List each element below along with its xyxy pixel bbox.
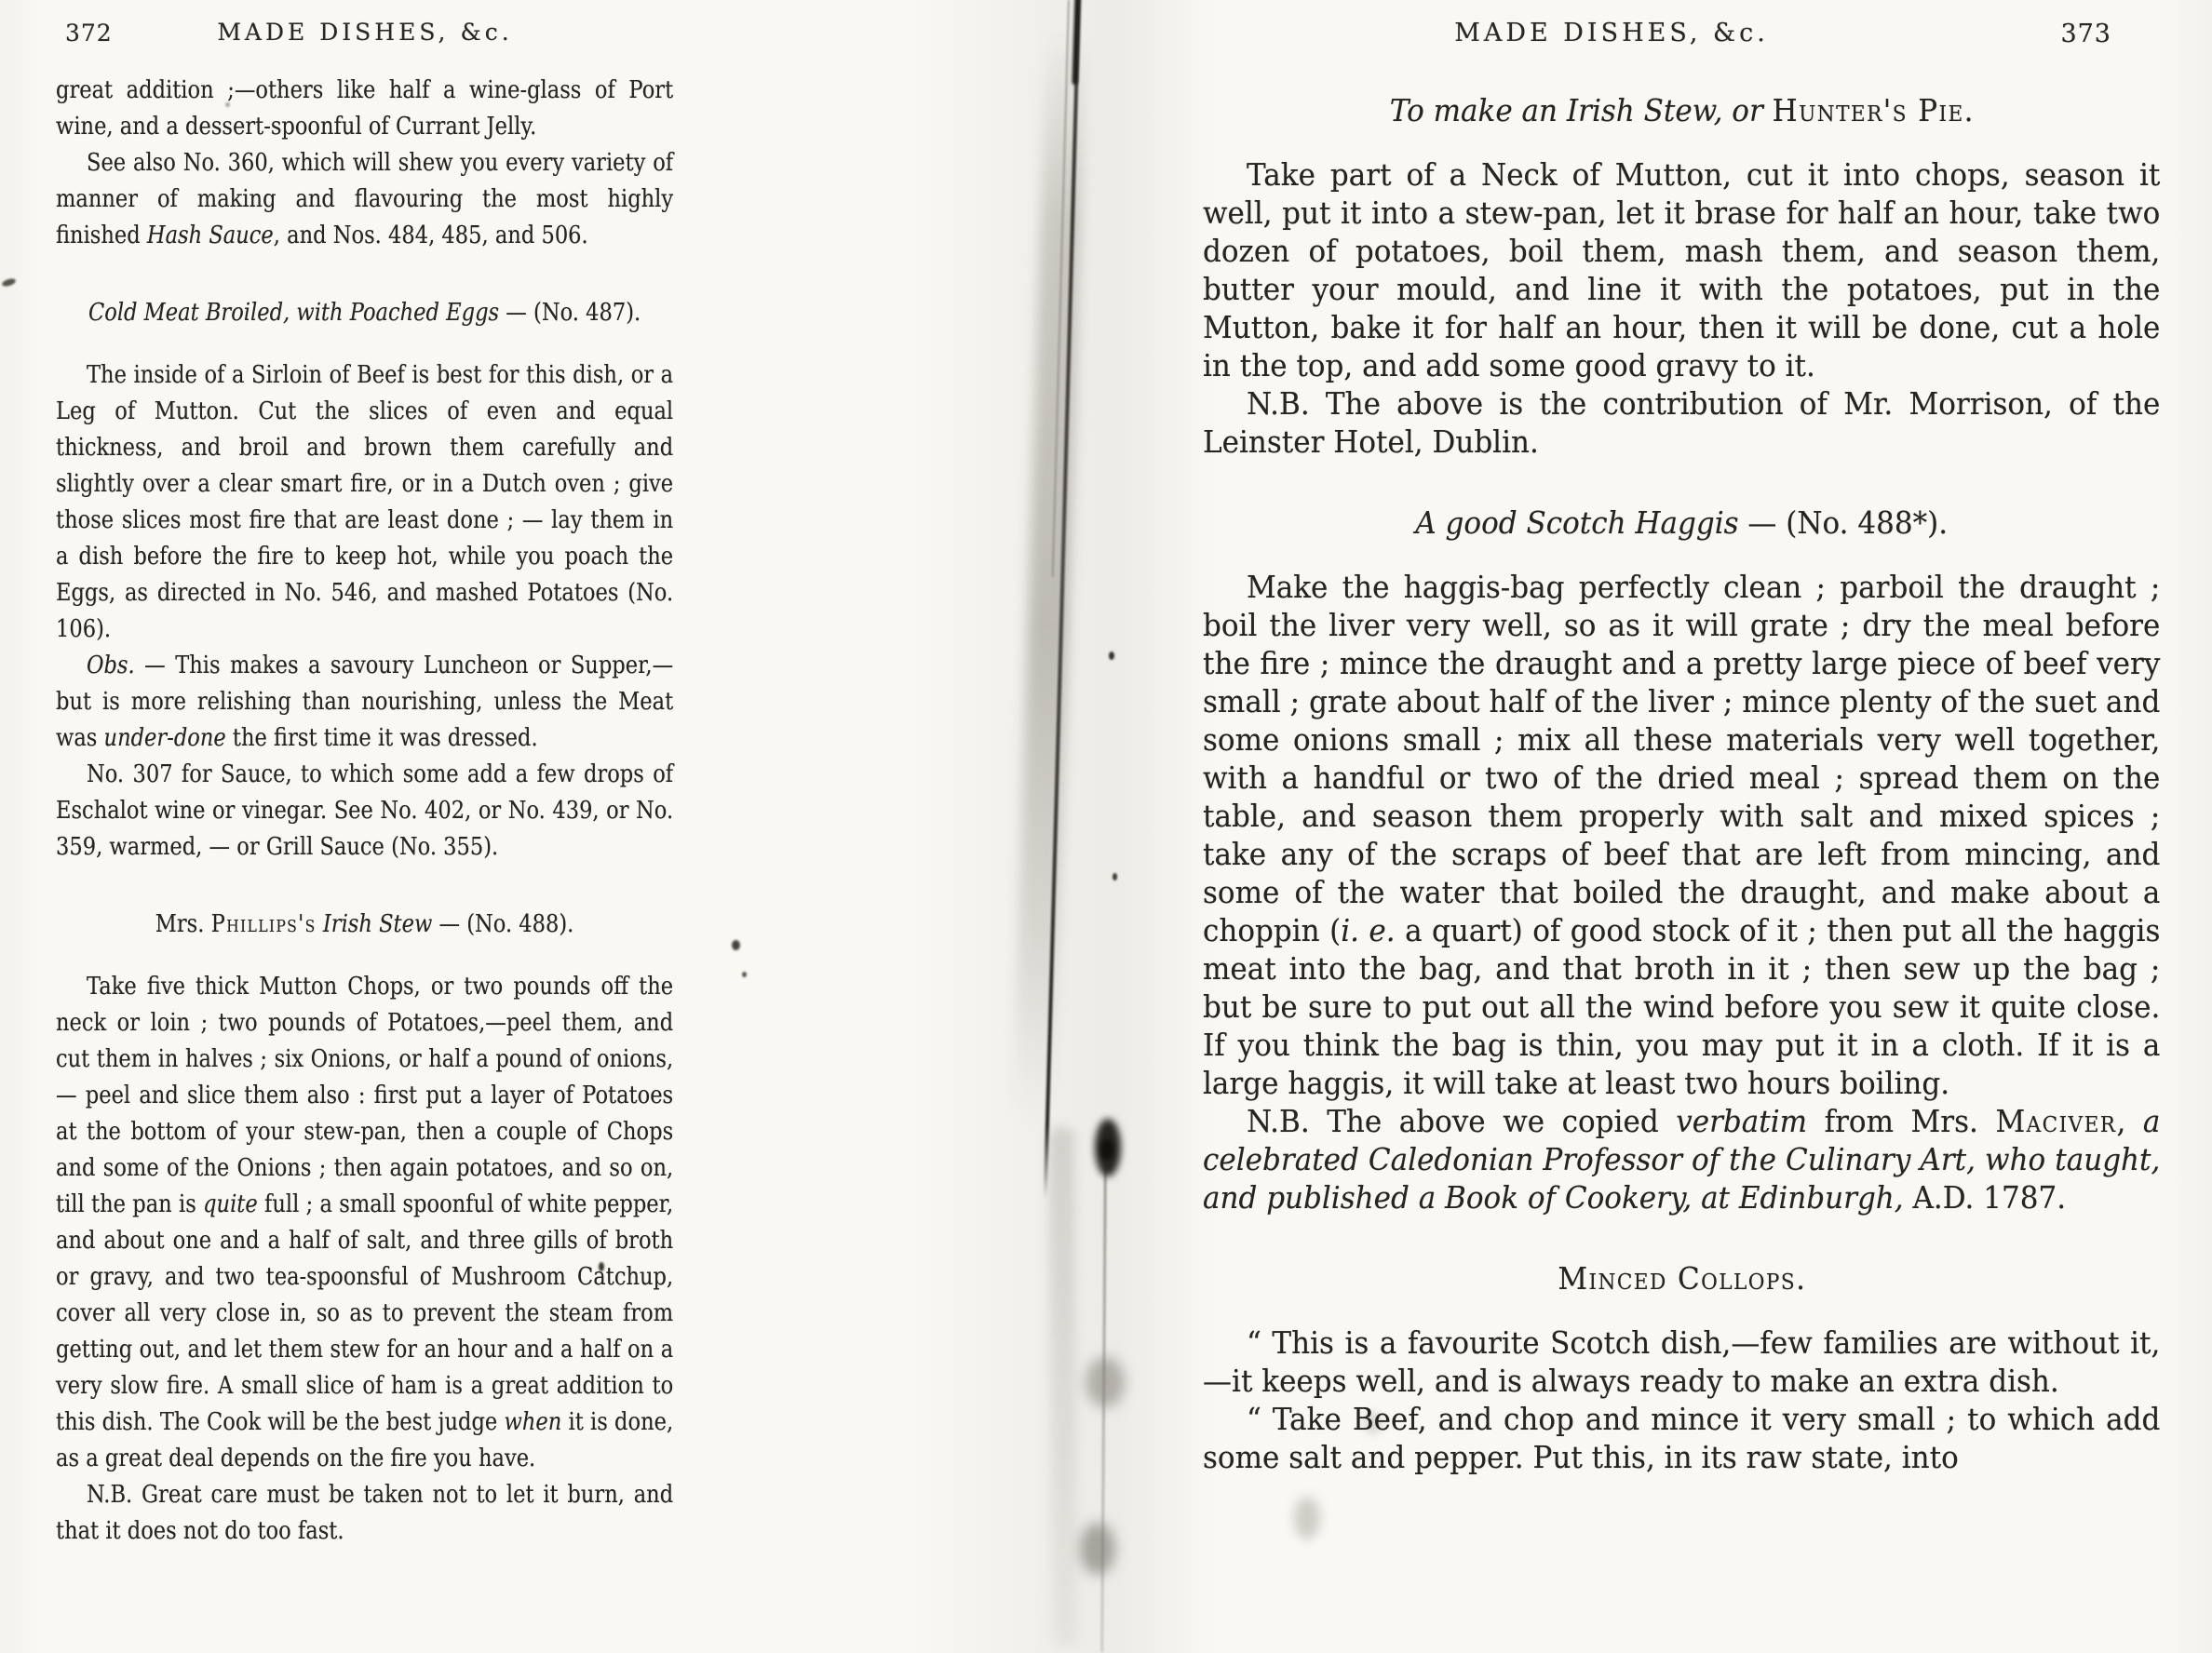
gutter-crease-lower: [1100, 1168, 1106, 1652]
running-head-title-right: MADE DISHES, &c.: [1203, 19, 2160, 47]
text-segment: ,: [2116, 1103, 2142, 1139]
text-segment: “ Take Beef, and chop and mince it very …: [1203, 1401, 2160, 1475]
gutter-ink-blot: [1095, 1119, 1121, 1176]
italic-text-segment: To make an Irish Stew, or: [1390, 92, 1773, 128]
italic-text-segment: Irish Stew: [323, 910, 432, 938]
text-segment: .: [1796, 1260, 1805, 1297]
paragraph: Obs. — This makes a savoury Luncheon or …: [56, 648, 673, 757]
gutter-crease-top: [1072, 0, 1081, 85]
paper-speck: [732, 940, 740, 950]
text-segment: N.B. The above we copied: [1247, 1103, 1676, 1139]
italic-text-segment: when: [505, 1408, 562, 1436]
recipe-heading: A good Scotch Haggis — (No. 488*).: [1203, 504, 2160, 542]
page-body-left: great addition ;—others like half a wine…: [56, 73, 673, 1550]
paragraph: See also No. 360, which will shew you ev…: [56, 145, 673, 254]
paragraph: N.B. The above we copied verbatim from M…: [1203, 1102, 2160, 1216]
running-head-title-left: MADE DISHES, &c.: [56, 19, 674, 46]
paper-speck: [742, 972, 747, 977]
smallcaps-text-segment: Phillips's: [211, 910, 317, 938]
paper-speck: [1, 277, 16, 288]
text-segment: The inside of a Sirloin of Beef is best …: [56, 361, 673, 643]
recipe-heading: Mrs. Phillips's Irish Stew — (No. 488).: [56, 907, 673, 943]
text-segment: full ; a small spoonful of white pepper,…: [56, 1190, 673, 1436]
italic-text-segment: Cold Meat Broiled, with Poached Eggs: [88, 299, 499, 327]
paragraph: “ This is a favourite Scotch dish,—few f…: [1203, 1324, 2160, 1400]
gutter-ink-blot-core: [1100, 1139, 1113, 1160]
text-segment: the first time it was dressed.: [226, 724, 538, 752]
italic-text-segment: i. e.: [1341, 912, 1395, 948]
text-segment: , and Nos. 484, 485, and 506.: [274, 222, 588, 249]
italic-text-segment: Obs.: [87, 652, 135, 679]
paragraph: N.B. Great care must be taken not to let…: [56, 1477, 673, 1550]
paper-smudge: [1294, 1497, 1320, 1539]
page-number-right: 373: [2060, 20, 2111, 48]
smallcaps-text-segment: Hunter's Pie: [1773, 92, 1964, 128]
paragraph: The inside of a Sirloin of Beef is best …: [56, 357, 673, 648]
paragraph: N.B. The above is the contribution of Mr…: [1203, 384, 2160, 461]
gutter-crease-secondary: [1052, 0, 1070, 577]
gutter-smudge: [1012, 25, 1087, 1124]
text-segment: — (No. 487).: [499, 299, 641, 327]
text-segment: Take part of a Neck of Mutton, cut it in…: [1203, 156, 2160, 383]
text-segment: — (No. 488*).: [1739, 504, 1949, 541]
text-segment: Make the haggis-bag perfectly clean ; pa…: [1203, 569, 2160, 948]
text-segment: — (No. 488).: [432, 910, 573, 938]
gutter-crease-line: [1044, 0, 1081, 1199]
text-segment: “ This is a favourite Scotch dish,—few f…: [1203, 1324, 2160, 1399]
page-body-right: To make an Irish Stew, or Hunter's Pie.T…: [1203, 91, 2160, 1476]
text-segment: N.B. Great care must be taken not to let…: [56, 1481, 673, 1545]
paragraph: Take five thick Mutton Chops, or two pou…: [56, 969, 673, 1477]
gutter-smudge-lower: [1048, 1126, 1078, 1647]
text-segment: Mrs.: [155, 910, 211, 938]
text-segment: N.B. The above is the contribution of Mr…: [1203, 385, 2160, 460]
italic-text-segment: Hash Sauce: [147, 222, 274, 249]
page-right: 373 MADE DISHES, &c. To make an Irish St…: [1203, 0, 2160, 1476]
text-segment: .: [1964, 92, 1974, 128]
gutter-speck-2: [1113, 873, 1117, 880]
text-segment: A.D. 1787.: [1904, 1179, 2066, 1216]
recipe-heading: To make an Irish Stew, or Hunter's Pie.: [1203, 91, 2160, 129]
italic-text-segment: under-done: [104, 724, 226, 752]
page-number-left: 372: [65, 20, 113, 47]
text-segment: No. 307 for Sauce, to which some add a f…: [56, 760, 673, 861]
paragraph: Make the haggis-bag perfectly clean ; pa…: [1203, 568, 2160, 1102]
recipe-heading: Minced Collops.: [1203, 1259, 2160, 1297]
gutter-gray-blot-1: [1086, 1357, 1125, 1407]
italic-text-segment: A good Scotch Haggis: [1415, 504, 1738, 541]
italic-text-segment: verbatim: [1676, 1103, 1807, 1139]
paragraph: Take part of a Neck of Mutton, cut it in…: [1203, 155, 2160, 384]
text-segment: Take five thick Mutton Chops, or two pou…: [56, 973, 673, 1218]
smallcaps-text-segment: Maciver: [1995, 1103, 2116, 1139]
paragraph: great addition ;—others like half a wine…: [56, 73, 673, 145]
italic-text-segment: quite: [203, 1190, 258, 1218]
paragraph: No. 307 for Sauce, to which some add a f…: [56, 757, 673, 866]
book-scan: 372 MADE DISHES, &c. great addition ;—ot…: [0, 0, 2212, 1653]
gutter-speck-1: [1109, 652, 1114, 660]
page-left: 372 MADE DISHES, &c. great addition ;—ot…: [56, 0, 674, 1550]
smallcaps-text-segment: Minced Collops: [1558, 1260, 1796, 1297]
text-segment: great addition ;—others like half a wine…: [56, 76, 673, 141]
text-segment: from Mrs.: [1807, 1103, 1995, 1139]
running-head-right: 373 MADE DISHES, &c.: [1203, 19, 2160, 60]
recipe-heading: Cold Meat Broiled, with Poached Eggs — (…: [56, 295, 673, 331]
running-head-left: 372 MADE DISHES, &c.: [56, 19, 674, 60]
paragraph: “ Take Beef, and chop and mince it very …: [1203, 1400, 2160, 1476]
gutter-gray-blot-2: [1080, 1523, 1115, 1575]
